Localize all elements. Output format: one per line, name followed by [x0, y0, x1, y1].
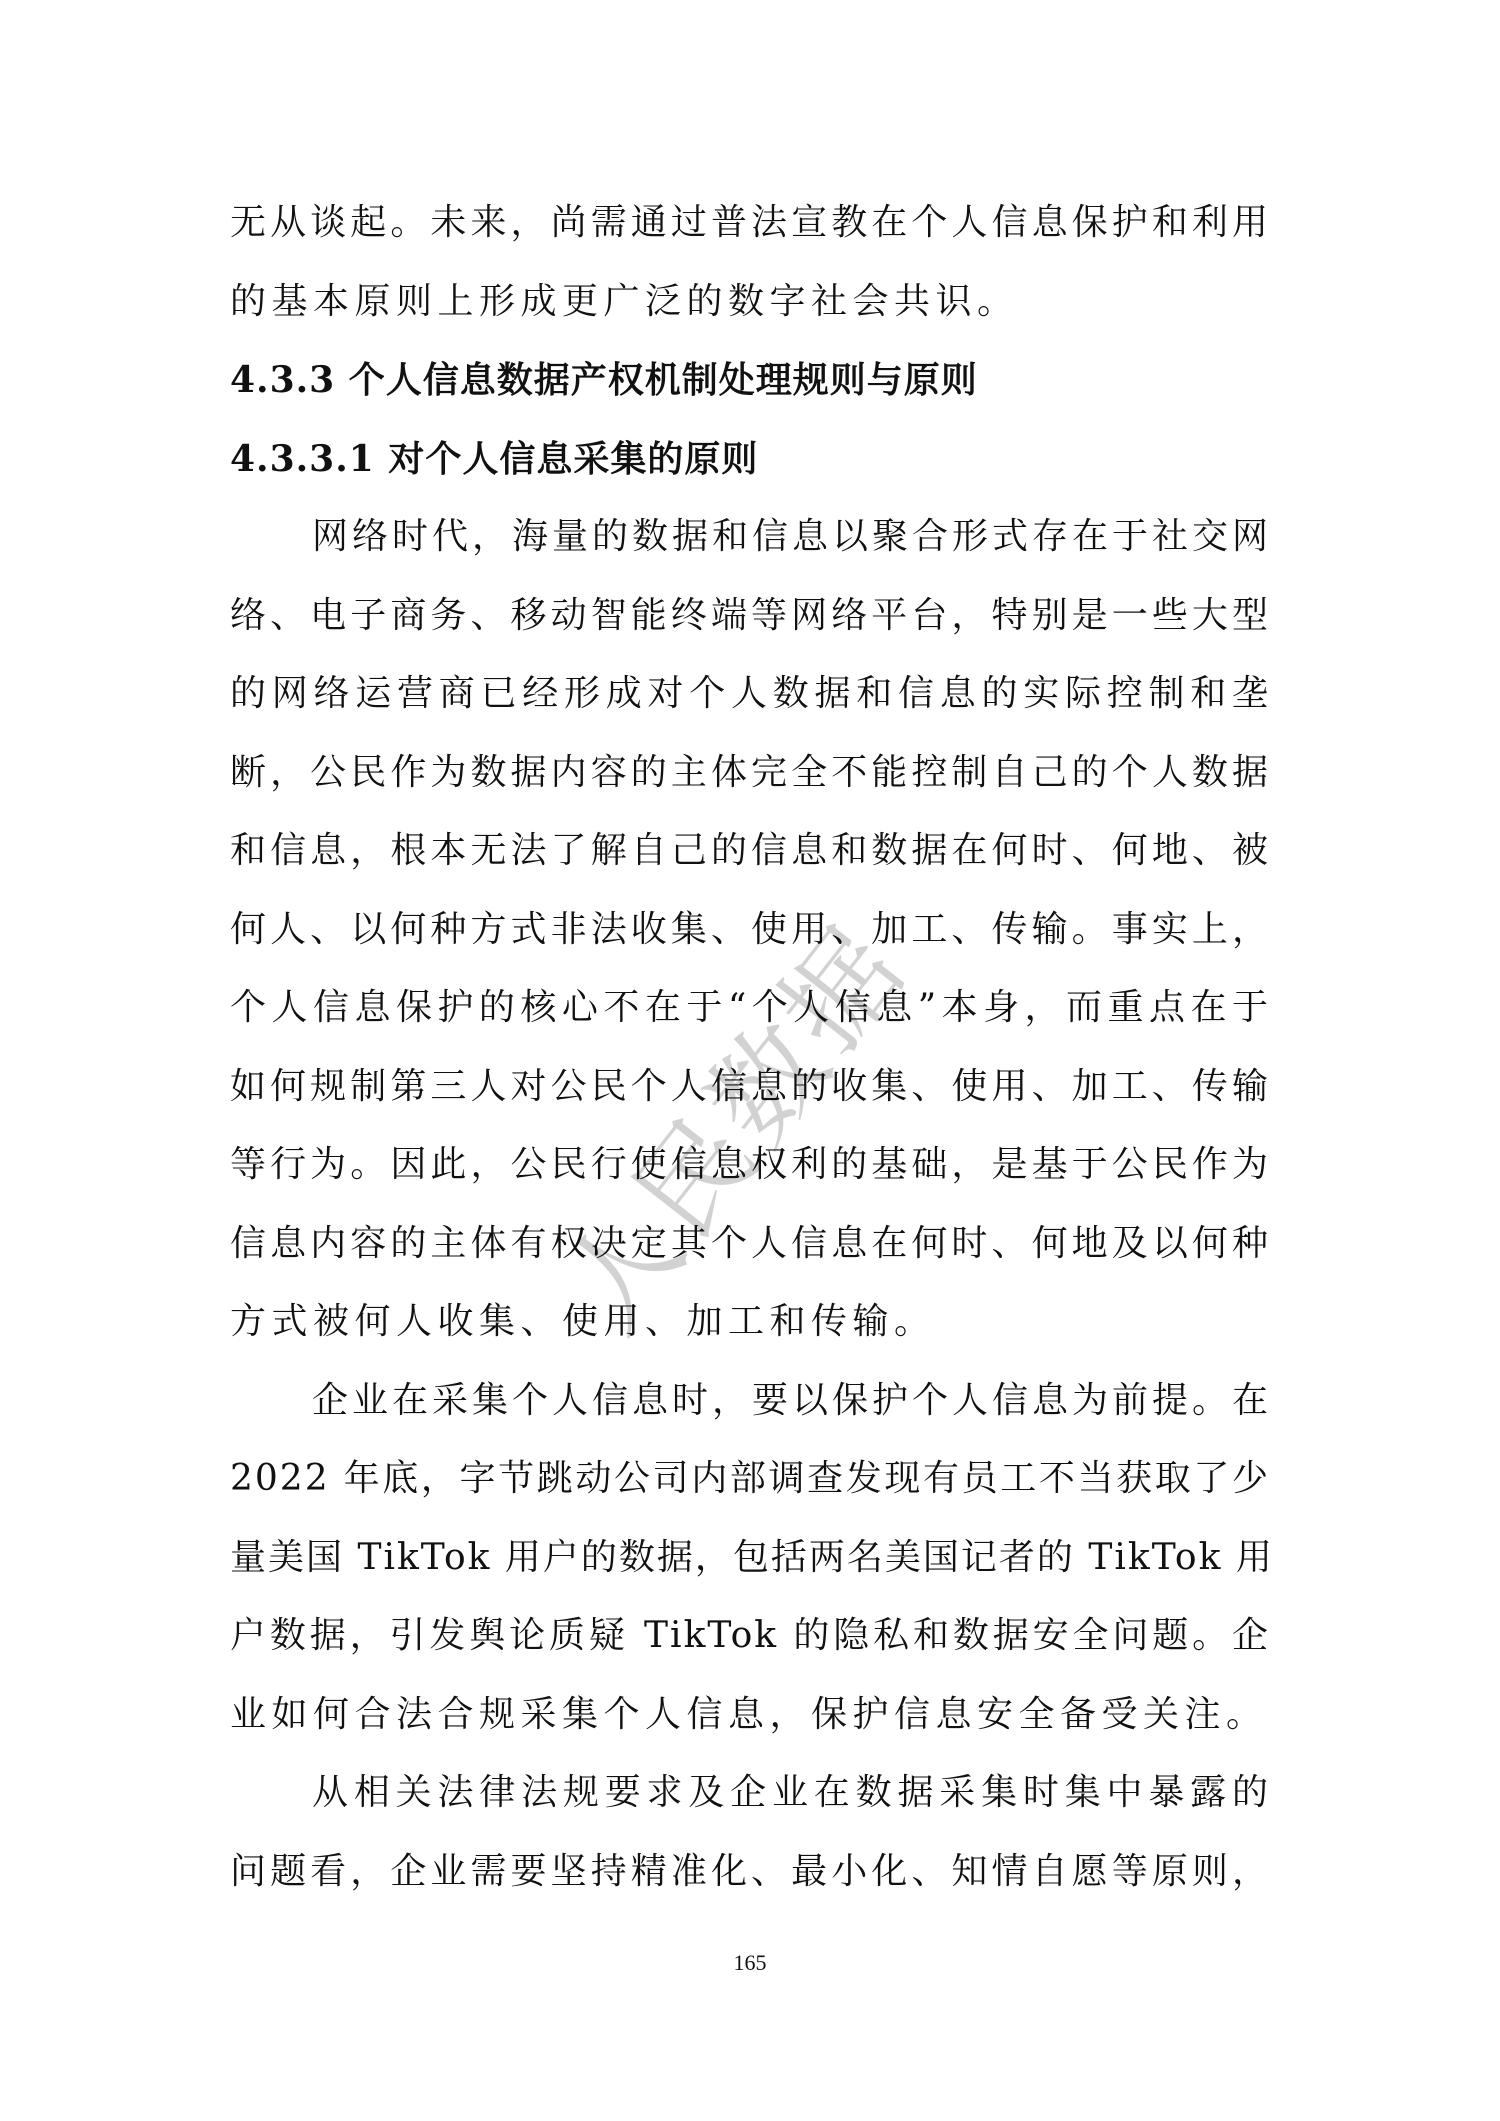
section-heading-4-3-3: 4.3.3 个人信息数据产权机制处理规则与原则: [230, 341, 1270, 420]
paragraph-line: 和信息，根本无法了解自己的信息和数据在何时、何地、被: [230, 812, 1270, 891]
paragraph-line: 从相关法律法规要求及企业在数据采集时集中暴露的: [230, 1754, 1270, 1833]
page-number: 165: [0, 1950, 1500, 1976]
paragraph-line: 量美国 TikTok 用户的数据，包括两名美国记者的 TikTok 用: [230, 1519, 1270, 1598]
paragraph-line: 个人信息保护的核心不在于“个人信息”本身，而重点在于: [230, 969, 1270, 1048]
section-heading-4-3-3-1: 4.3.3.1 对个人信息采集的原则: [230, 420, 1270, 499]
paragraph-line: 络、电子商务、移动智能终端等网络平台，特别是一些大型: [230, 577, 1270, 656]
paragraph-line: 户数据，引发舆论质疑 TikTok 的隐私和数据安全问题。企: [230, 1597, 1270, 1676]
paragraph-line: 业如何合法合规采集个人信息，保护信息安全备受关注。: [230, 1676, 1270, 1755]
document-page: 人民数据 无从谈起。未来，尚需通过普法宣教在个人信息保护和利用 的基本原则上形成…: [0, 0, 1500, 2121]
paragraph-line: 如何规制第三人对公民个人信息的收集、使用、加工、传输: [230, 1048, 1270, 1127]
paragraph-line: 企业在采集个人信息时，要以保护个人信息为前提。在: [230, 1362, 1270, 1441]
paragraph-line: 网络时代，海量的数据和信息以聚合形式存在于社交网: [230, 498, 1270, 577]
paragraph-line: 等行为。因此，公民行使信息权利的基础，是基于公民作为: [230, 1126, 1270, 1205]
paragraph-line: 的网络运营商已经形成对个人数据和信息的实际控制和垄: [230, 655, 1270, 734]
paragraph-line: 方式被何人收集、使用、加工和传输。: [230, 1283, 1270, 1362]
paragraph-line: 无从谈起。未来，尚需通过普法宣教在个人信息保护和利用: [230, 184, 1270, 263]
paragraph-line: 的基本原则上形成更广泛的数字社会共识。: [230, 263, 1270, 342]
paragraph-line: 何人、以何种方式非法收集、使用、加工、传输。事实上，: [230, 891, 1270, 970]
body-text: 无从谈起。未来，尚需通过普法宣教在个人信息保护和利用 的基本原则上形成更广泛的数…: [230, 184, 1270, 1911]
paragraph-line: 断，公民作为数据内容的主体完全不能控制自己的个人数据: [230, 734, 1270, 813]
paragraph-line: 问题看，企业需要坚持精准化、最小化、知情自愿等原则，: [230, 1833, 1270, 1912]
paragraph-line: 2022 年底，字节跳动公司内部调查发现有员工不当获取了少: [230, 1440, 1270, 1519]
paragraph-line: 信息内容的主体有权决定其个人信息在何时、何地及以何种: [230, 1205, 1270, 1284]
